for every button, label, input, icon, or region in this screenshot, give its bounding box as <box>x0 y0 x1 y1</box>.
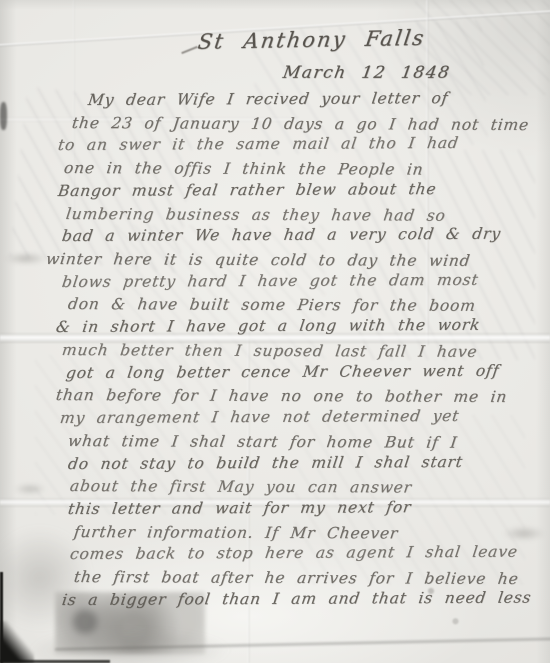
letter-line: bad a winter We have had a very cold & d… <box>60 223 550 248</box>
letter-line: is a bigger fool than I am and that is n… <box>60 586 550 611</box>
letter-line: do not stay to build the mill I shal sta… <box>66 450 550 475</box>
letter-scan: St Anthony Falls March 12 1848 My dear W… <box>0 0 550 663</box>
letter-line: got a long better cence Mr Cheever went … <box>64 359 550 384</box>
letter-line: this letter and wait for my next for <box>66 495 550 520</box>
letter-line: to an swer it the same mail al tho I had <box>56 132 550 157</box>
letter-heading: St Anthony Falls <box>196 26 427 54</box>
letter-body: My dear Wife I recived your letter of th… <box>0 89 550 612</box>
letter-line: my arangement I have not determined yet <box>58 404 550 429</box>
letter-line: comes back to stop here as agent I shal … <box>68 541 550 566</box>
letter-line: blows pretty hard I have got the dam mos… <box>60 268 550 293</box>
letter-line: & in short I have got a long with the wo… <box>54 314 550 339</box>
letter-line: Bangor must feal rather blew about the <box>56 177 550 202</box>
letter-line: My dear Wife I recived your letter of <box>86 87 550 112</box>
letter-date: March 12 1848 <box>281 63 452 83</box>
